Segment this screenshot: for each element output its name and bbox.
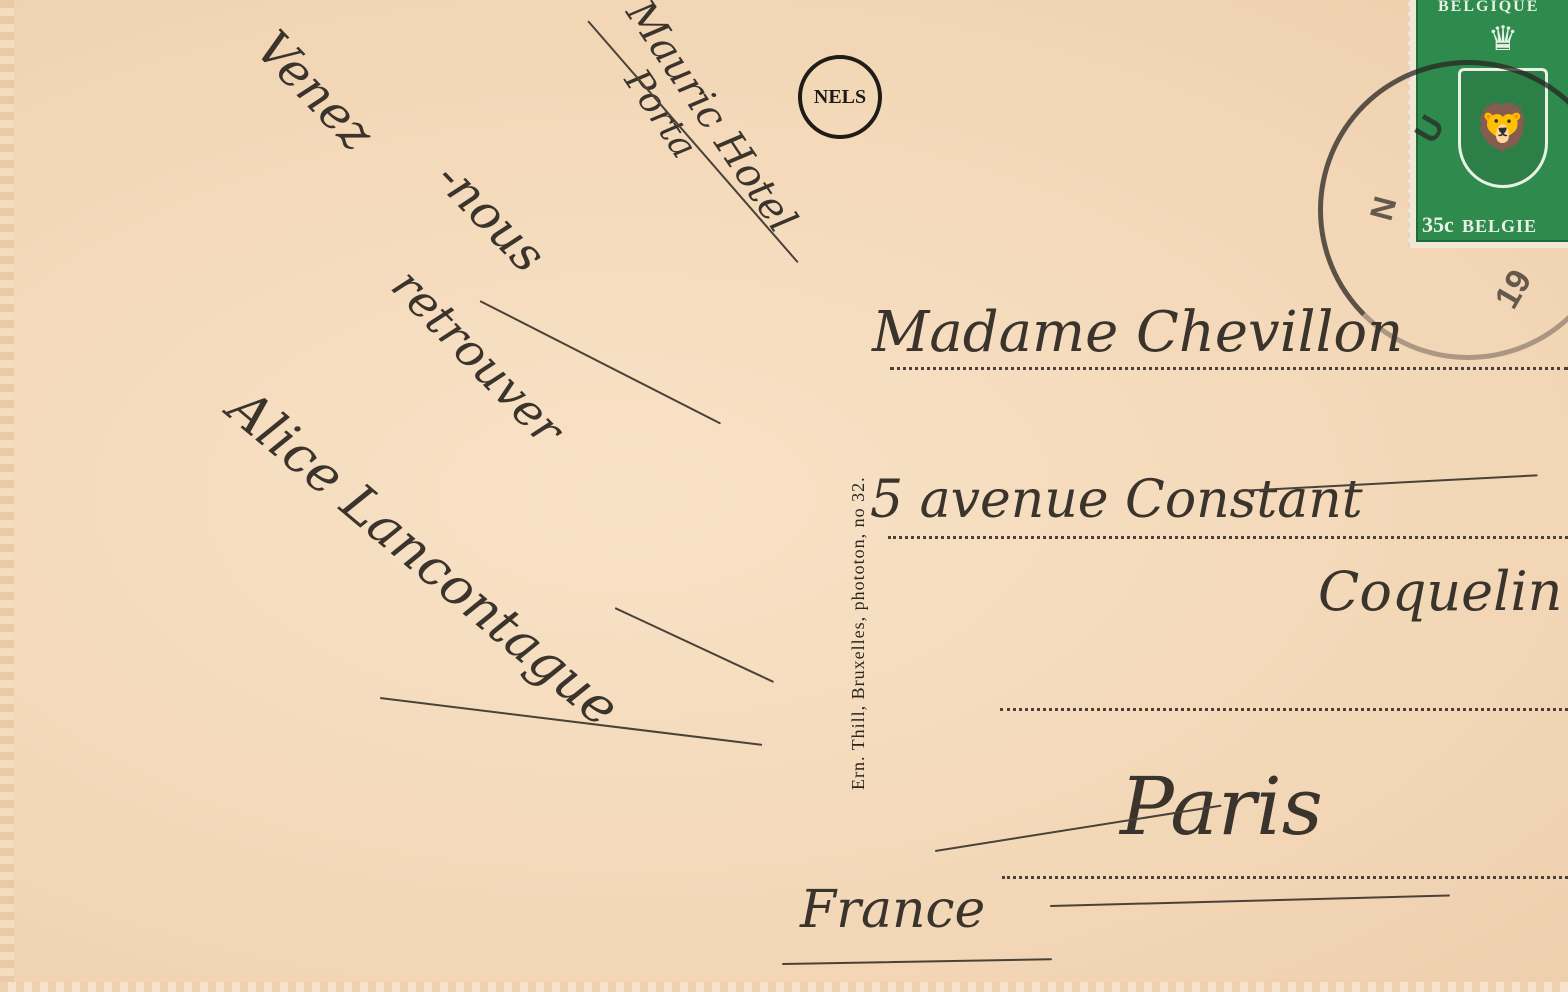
pen-underline <box>1050 895 1450 907</box>
address-line-2 <box>888 536 1568 539</box>
address-country: France <box>800 880 985 940</box>
handwritten-line: -nous <box>425 150 557 284</box>
pen-underline <box>782 958 1052 965</box>
publisher-logo-text: NELS <box>814 86 866 109</box>
perforated-bottom-edge <box>0 982 1568 992</box>
postcard-back: NELS Ern. Thill, Bruxelles, phototon, no… <box>0 0 1568 992</box>
address-line-3 <box>1000 708 1568 711</box>
address-line-1 <box>890 367 1568 370</box>
publisher-imprint: Ern. Thill, Bruxelles, phototon, no 32. <box>848 476 869 790</box>
crown-icon: ♛ <box>1473 20 1533 60</box>
address-city: Paris <box>1120 760 1323 853</box>
address-street-continued: Coquelin <box>1318 560 1562 623</box>
perforated-left-edge <box>0 0 14 992</box>
stamp-country-top: BELGIQUE <box>1438 0 1539 16</box>
address-line-4 <box>1002 876 1568 879</box>
handwritten-line: Venez <box>245 20 385 162</box>
handwritten-signature: Alice Lancontague <box>216 378 630 739</box>
address-street: 5 avenue Constant <box>870 470 1363 530</box>
pen-underline <box>615 607 774 683</box>
address-name: Madame Chevillon <box>872 300 1403 365</box>
handwritten-line: retrouver <box>381 258 574 455</box>
publisher-logo: NELS <box>798 55 882 139</box>
